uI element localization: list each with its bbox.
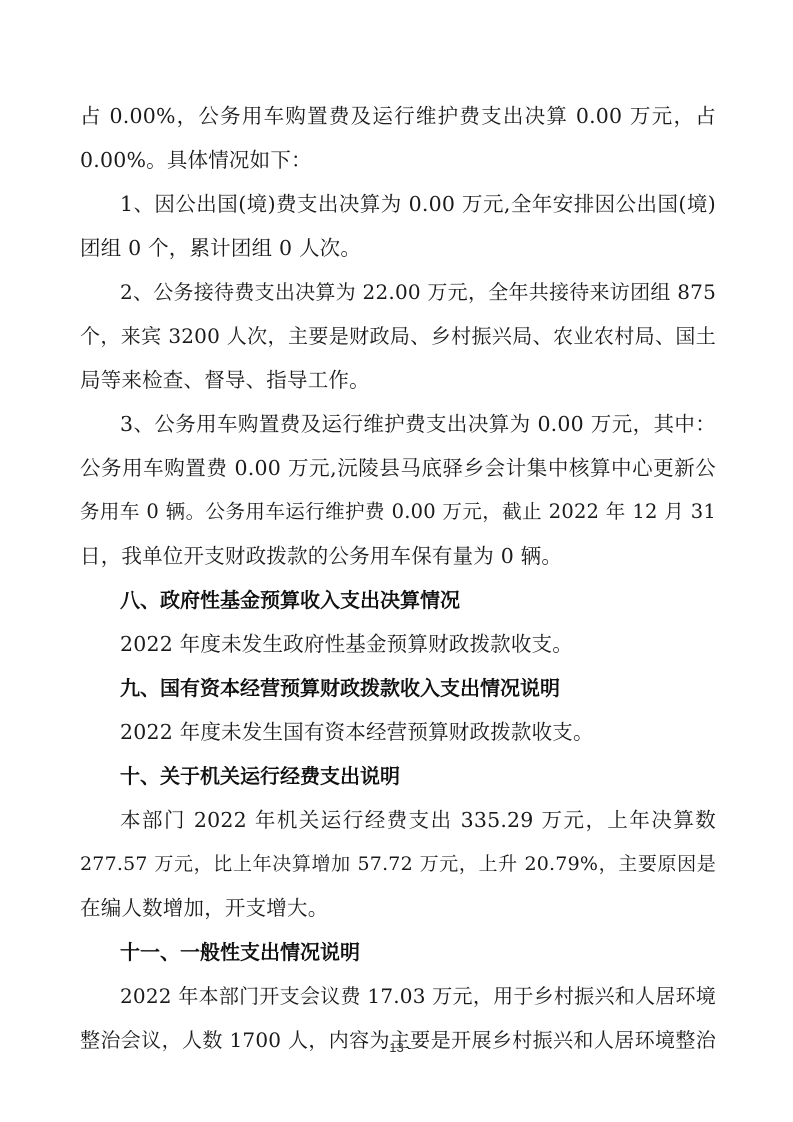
paragraph-line: 个，来宾 3200 人次，主要是财政局、乡村振兴局、农业农村局、国土	[80, 323, 716, 349]
paragraph-line: 2022 年度未发生国有资本经营预算财政拨款收支。	[120, 719, 716, 745]
paragraph-line: 2022 年本部门开支会议费 17.03 万元，用于乡村振兴和人居环境	[120, 983, 716, 1009]
page-number: - 13 -	[0, 1040, 793, 1055]
paragraph-line: 公务用车购置费 0.00 万元,沅陵县马底驿乡会计集中核算中心更新公	[80, 455, 716, 481]
paragraph-line: 2022 年度未发生政府性基金预算财政拨款收支。	[120, 631, 716, 657]
section-heading: 十、关于机关运行经费支出说明	[120, 763, 400, 789]
paragraph-line: 本部门 2022 年机关运行经费支出 335.29 万元，上年决算数	[120, 807, 716, 833]
paragraph-line: 2、公务接待费支出决算为 22.00 万元，全年共接待来访团组 875	[120, 279, 716, 305]
paragraph-line: 0.00%。具体情况如下：	[80, 147, 716, 173]
section-heading: 八、政府性基金预算收入支出决算情况	[120, 587, 460, 613]
paragraph-line: 277.57 万元，比上年决算增加 57.72 万元，上升 20.79%，主要原…	[80, 851, 716, 877]
paragraph-line: 在编人数增加，开支增大。	[80, 895, 716, 921]
document-page: 占 0.00%，公务用车购置费及运行维护费支出决算 0.00 万元，占0.00%…	[0, 0, 793, 1122]
paragraph-line: 日，我单位开支财政拨款的公务用车保有量为 0 辆。	[80, 543, 716, 569]
section-heading: 十一、一般性支出情况说明	[120, 939, 360, 965]
paragraph-line: 团组 0 个，累计团组 0 人次。	[80, 235, 716, 261]
paragraph-line: 1、因公出国(境)费支出决算为 0.00 万元,全年安排因公出国(境)	[120, 191, 716, 217]
paragraph-line: 务用车 0 辆。公务用车运行维护费 0.00 万元，截止 2022 年 12 月…	[80, 499, 716, 525]
paragraph-line: 占 0.00%，公务用车购置费及运行维护费支出决算 0.00 万元，占	[80, 103, 716, 129]
paragraph-line: 局等来检查、督导、指导工作。	[80, 367, 716, 393]
paragraph-line: 3、公务用车购置费及运行维护费支出决算为 0.00 万元，其中：	[120, 411, 716, 437]
section-heading: 九、国有资本经营预算财政拨款收入支出情况说明	[120, 675, 560, 701]
